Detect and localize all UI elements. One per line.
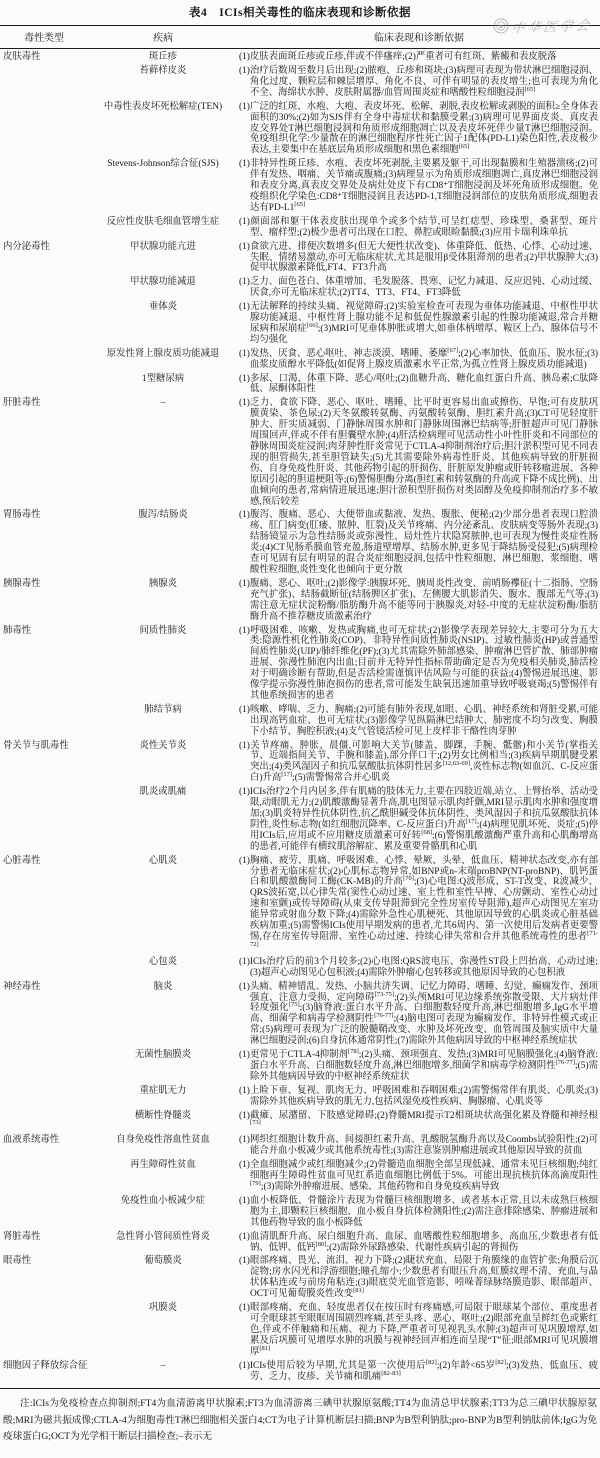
description-cell: (1)ICIs治疗2个月内居多,伴有肌痛的肢体无力,主要在四肢近端,站立、上臂抬… [238,787,600,852]
toxicity-type-cell: 肾脏毒性 [0,1232,88,1254]
toxicity-type-cell [0,957,88,979]
disease-cell: 自身免疫性溶血性贫血 [88,1135,238,1157]
toxicity-section: 神经毒性脑炎(1)头痛、精神错乱、发热、小脑共济失调、记忆力障碍、嗜睡、幻觉、癫… [0,981,600,1135]
table-row: 胃肠毒性腹泻/结肠炎(1)腹泻、腹痛、恶心、大便带血或黏液、发热、腹胀、便秘;(… [0,509,600,577]
table-row: 血液系统毒性自身免疫性溶血性贫血(1)网织红细胞计数升高、间接胆红素升高、乳酸脱… [0,1134,600,1159]
toxicity-type-cell: 眼毒性 [0,1256,88,1300]
description-cell: (1)ICIs使用后较为早期,尤其是第一次使用后[82];(2)年龄<65岁[8… [238,1361,600,1383]
table-row: 原发性肾上腺皮质功能减退(1)发热、厌食、恶心呕吐、神志淡漠、嗜睡、萎靡[67]… [0,348,600,373]
toxicity-section: 骨关节与肌毒性炎性关节炎(1)关节疼痛、肿胀、晨僵,可影响大关节(膝盖、脚踝、手… [0,740,600,855]
table-row: 胰腺毒性胰腺炎(1)腹痛、恶心、呕吐;(2)影像学:胰腺坏死、胰周炎性改变、前哨… [0,578,600,625]
toxicity-type-cell [0,66,88,99]
disease-cell: 急性肾小管间质性肾炎 [88,1232,238,1254]
table-row: 苔藓样皮炎(1)治疗后数周至数月后出现;(2)脓疱、丘疹和斑块;(3)病理可表现… [0,65,600,101]
disease-cell: 肌炎或肌痛 [88,787,238,852]
paper-table-page: 表4 ICIs相关毒性的临床表现和诊断依据 中华医学会 毒性类型 疾病 临床表现… [0,0,600,1458]
toxicity-type-cell [0,1303,88,1358]
toxicity-type-cell: 皮肤毒性 [0,52,88,63]
table-body: 皮肤毒性斑丘疹(1)皮肤表面斑丘疹或丘疹,伴或不伴瘙痒;(2)严重者可有红斑、紫… [0,49,600,1384]
table-row: 巩膜炎(1)眼部疼痛、充血、轻度患者仅在按压时有疼痛感,可局限于眼球某个部位、重… [0,1302,600,1360]
table-row: 1型糖尿病(1)多尿、口渴、体重下降、恶心/呕吐;(2)血糖升高、糖化血红蛋白升… [0,373,600,398]
description-cell: (1)眼部疼痛、充血、轻度患者仅在按压时有疼痛感,可局限于眼球某个部位、重度患者… [238,1303,600,1358]
description-cell: (1)上睑下垂、复视、肌肉无力、呼吸困难和吞咽困难;(2)需警惕常伴有肌炎、心肌… [238,1086,600,1108]
table-title: 表4 ICIs相关毒性的临床表现和诊断依据 [0,0,600,25]
table-row: 心脏毒性心肌炎(1)胸痛、疲劳、肌痛、呼吸困难、心悸、晕厥、头晕、低血压、精神状… [0,855,600,956]
description-cell: (1)咳嗽、哮喘、乏力、胸痛;(2)可能有肺外表现,如眼、心肌、神经系统和肾脏受… [238,705,600,738]
table-header-row: 毒性类型 疾病 临床表现和诊断依据 [0,26,600,49]
table-row: 肺结节病(1)咳嗽、哮喘、乏力、胸痛;(2)可能有肺外表现,如眼、心肌、神经系统… [0,704,600,740]
disease-cell: 心包炎 [88,957,238,979]
disease-cell: 原发性肾上腺皮质功能减退 [88,349,238,371]
description-cell: (1)血清肌酐升高、尿白细胞升高、血尿、血嗜酸性粒细胞增多、高血压,少数患者有低… [238,1232,600,1254]
table-row: 细胞因子释放综合征–(1)ICIs使用后较为早期,尤其是第一次使用后[82];(… [0,1360,600,1385]
toxicity-type-cell: 细胞因子释放综合征 [0,1361,88,1383]
disease-cell: 重症肌无力 [88,1086,238,1108]
description-cell: (1)非特异性斑丘疹、水疱、表皮坏死剥脱,主要累及躯干,可出现黏膜和生殖器溃疡;… [238,159,600,214]
toxicity-type-cell [0,277,88,299]
toxicity-type-cell [0,1111,88,1133]
toxicity-type-cell: 神经毒性 [0,982,88,1047]
disease-cell: 反应性皮肤毛细血管增生症 [88,217,238,239]
toxicity-type-cell [0,302,88,346]
toxicity-section: 眼毒性葡萄膜炎(1)眼部疼痛、畏光、流泪、视力下降;(2)睫状充血、局限于角膜缘… [0,1255,600,1359]
description-cell: (1)全血细胞减少或红细胞减少;(2)骨髓造血细胞全部呈现低减、通常未见巨核细胞… [238,1160,600,1193]
disease-cell: 巩膜炎 [88,1303,238,1358]
toxicity-section: 肾脏毒性急性肾小管间质性肾炎(1)血清肌酐升高、尿白细胞升高、血尿、血嗜酸性粒细… [0,1231,600,1256]
description-cell: (1)胸痛、疲劳、肌痛、呼吸困难、心悸、晕厥、头晕、低血压、精神状态改变,亦有部… [238,856,600,954]
toxicity-type-cell [0,1196,88,1229]
disease-cell: 间质性肺炎 [88,626,238,702]
disease-cell: 横断性脊髓炎 [88,1111,238,1133]
table-footnote: 注:ICIs为免疫检查点抑制剂;FT4为血清游离甲状腺素;FT3为血清游离三碘甲… [0,1388,600,1446]
description-cell: (1)乏力、食欲下降、恶心、呕吐、嗜睡、比平时更容易出血或擦伤、早饱;可有皮肤巩… [238,398,600,507]
description-cell: (1)头痛、精神错乱、发热、小脑共济失调、记忆力障碍、嗜睡、幻觉、癫痫发作、颈项… [238,982,600,1047]
table-row: 肺毒性间质性肺炎(1)呼吸困难、咳嗽、发热或胸痛,也可无症状;(2)影像学表现差… [0,625,600,704]
table-row: 眼毒性葡萄膜炎(1)眼部疼痛、畏光、流泪、视力下降;(2)睫状充血、局限于角膜缘… [0,1255,600,1302]
disease-cell: – [88,398,238,507]
toxicity-type-cell [0,349,88,371]
disease-cell: 再生障碍性贫血 [88,1160,238,1193]
description-cell: (1)皮肤表面斑丘疹或丘疹,伴或不伴瘙痒;(2)严重者可有红斑、紫癜和表皮脱落 [238,52,600,63]
toxicity-type-cell [0,787,88,852]
table-row: 反应性皮肤毛细血管增生症(1)颜面部和躯干体表皮肤出现单个或多个结节,可呈红痣型… [0,216,600,241]
table-row: 再生障碍性贫血(1)全血细胞减少或红细胞减少;(2)骨髓造血细胞全部呈现低减、通… [0,1159,600,1195]
toxicity-type-cell: 肝脏毒性 [0,398,88,507]
description-cell: (1)ICIs治疗后的前3个月较多;(2)心电图:QRS波电压、弥漫性ST段上凹… [238,957,600,979]
col-header-toxicity-type: 毒性类型 [0,29,88,44]
toxicity-type-cell: 胰腺毒性 [0,579,88,623]
description-cell: (1)眼部疼痛、畏光、流泪、视力下降;(2)睫状充血、局限于角膜缘的血管扩张;角… [238,1256,600,1300]
description-cell: (1)血小板降低、骨髓涂片表现为骨髓巨核细胞增多、或者基本正常,且以未成熟巨核细… [238,1196,600,1229]
disease-cell: 甲状腺功能亢进 [88,242,238,275]
disease-cell: – [88,1361,238,1383]
table-row: 免疫性血小板减少症(1)血小板降低、骨髓涂片表现为骨髓巨核细胞增多、或者基本正常… [0,1195,600,1231]
description-cell: (1)更常见于CTLA-4抑制剂[78];(2)头痛、颈项强直、发热;(3)MR… [238,1050,600,1083]
toxicity-section: 细胞因子释放综合征–(1)ICIs使用后较为早期,尤其是第一次使用后[82];(… [0,1360,600,1385]
table-row: 内分泌毒性甲状腺功能亢进(1)食欲亢进、排便次数增多(但无大便性状改变)、体重降… [0,241,600,277]
toxicity-type-cell: 血液系统毒性 [0,1135,88,1157]
col-header-disease: 疾病 [88,29,238,44]
table-row: 重症肌无力(1)上睑下垂、复视、肌肉无力、呼吸困难和吞咽困难;(2)需警惕常伴有… [0,1085,600,1110]
table-row: 中毒性表皮坏死松解症(TEN)(1)广泛的红斑、水疱、大疱、表皮坏死、松解、剥脱… [0,101,600,159]
description-cell: (1)腹泻、腹痛、恶心、大便带血或黏液、发热、腹胀、便秘;(2)少部分患者表现口… [238,510,600,575]
table-row: 骨关节与肌毒性炎性关节炎(1)关节疼痛、肿胀、晨僵,可影响大关节(膝盖、脚踝、手… [0,740,600,787]
toxicity-section: 心脏毒性心肌炎(1)胸痛、疲劳、肌痛、呼吸困难、心悸、晕厥、头晕、低血压、精神状… [0,855,600,981]
disease-cell: 垂体炎 [88,302,238,346]
toxicity-type-cell: 胃肠毒性 [0,510,88,575]
toxicity-type-cell [0,1050,88,1083]
disease-cell: 苔藓样皮炎 [88,66,238,99]
table-row: Stevens-Johnson综合征(SJS)(1)非特异性斑丘疹、水疱、表皮坏… [0,158,600,216]
table-row: 心包炎(1)ICIs治疗后的前3个月较多;(2)心电图:QRS波电压、弥漫性ST… [0,956,600,981]
disease-cell: 斑丘疹 [88,52,238,63]
toxicity-type-cell: 内分泌毒性 [0,242,88,275]
toxicity-type-cell [0,374,88,396]
disease-cell: 肺结节病 [88,705,238,738]
toxicity-type-cell [0,102,88,157]
toxicity-type-cell [0,705,88,738]
description-cell: (1)呼吸困难、咳嗽、发热或胸痛,也可无症状;(2)影像学表现差异较大,主要可分… [238,626,600,702]
table-row: 神经毒性脑炎(1)头痛、精神错乱、发热、小脑共济失调、记忆力障碍、嗜睡、幻觉、癫… [0,981,600,1049]
toxicity-section: 胰腺毒性胰腺炎(1)腹痛、恶心、呕吐;(2)影像学:胰腺坏死、胰周炎性改变、前哨… [0,578,600,625]
description-cell: (1)食欲亢进、排便次数增多(但无大便性状改变)、体重降低、低热、心悸、心动过速… [238,242,600,275]
toxicity-type-cell [0,1086,88,1108]
toxicity-type-cell: 骨关节与肌毒性 [0,741,88,785]
disease-cell: 1型糖尿病 [88,374,238,396]
disease-cell: 甲状腺功能减退 [88,277,238,299]
description-cell: (1)发热、厌食、恶心呕吐、神志淡漠、嗜睡、萎靡[67];(2)心率加快、低血压… [238,349,600,371]
disease-cell: 炎性关节炎 [88,741,238,785]
disease-cell: 脑炎 [88,982,238,1047]
toxicity-section: 内分泌毒性甲状腺功能亢进(1)食欲亢进、排便次数增多(但无大便性状改变)、体重降… [0,241,600,398]
description-cell: (1)多尿、口渴、体重下降、恶心/呕吐;(2)血糖升高、糖化血红蛋白升高、胰岛素… [238,374,600,396]
description-cell: (1)网织红细胞计数升高、间接胆红素升高、乳酸脱氢酶升高以及Coombs试验阳性… [238,1135,600,1157]
table-row: 肌炎或肌痛(1)ICIs治疗2个月内居多,伴有肌痛的肢体无力,主要在四肢近端,站… [0,786,600,854]
disease-cell: 心肌炎 [88,856,238,954]
disease-cell: Stevens-Johnson综合征(SJS) [88,159,238,214]
table-row: 甲状腺功能减退(1)乏力、面色苍白、体重增加、毛发脱落、畏寒、记忆力减退、反应迟… [0,276,600,301]
disease-cell: 免疫性血小板减少症 [88,1196,238,1229]
col-header-clinical-basis: 临床表现和诊断依据 [238,29,600,44]
toxicity-section: 肝脏毒性–(1)乏力、食欲下降、恶心、呕吐、嗜睡、比平时更容易出血或擦伤、早饱;… [0,397,600,509]
disease-cell: 腹泻/结肠炎 [88,510,238,575]
toxicity-section: 皮肤毒性斑丘疹(1)皮肤表面斑丘疹或丘疹,伴或不伴瘙痒;(2)严重者可有红斑、紫… [0,51,600,241]
table-row: 横断性脊髓炎(1)截瘫、尿潴留、下肢感觉障碍;(2)脊髓MRI提示T2相斑块状高… [0,1110,600,1135]
table-row: 肾脏毒性急性肾小管间质性肾炎(1)血清肌酐升高、尿白细胞升高、血尿、血嗜酸性粒细… [0,1231,600,1256]
description-cell: (1)乏力、面色苍白、体重增加、毛发脱落、畏寒、记忆力减退、反应迟钝、心动过缓、… [238,277,600,299]
description-cell: (1)无法解释的持续头痛、视觉障碍;(2)实验室检查可表现为垂体功能减退、中枢性… [238,302,600,346]
description-cell: (1)腹痛、恶心、呕吐;(2)影像学:胰腺坏死、胰周炎性改变、前哨肠襻征(十二指… [238,579,600,623]
table-row: 无菌性脑膜炎(1)更常见于CTLA-4抑制剂[78];(2)头痛、颈项强直、发热… [0,1049,600,1085]
disease-cell: 葡萄膜炎 [88,1256,238,1300]
toxicity-section: 胃肠毒性腹泻/结肠炎(1)腹泻、腹痛、恶心、大便带血或黏液、发热、腹胀、便秘;(… [0,509,600,577]
toxicity-type-cell: 肺毒性 [0,626,88,702]
description-cell: (1)截瘫、尿潴留、下肢感觉障碍;(2)脊髓MRI提示T2相斑块状高强化累及脊髓… [238,1111,600,1133]
description-cell: (1)关节疼痛、肿胀、晨僵,可影响大关节(膝盖、脚踝、手腕、骶髂)和小关节(掌指… [238,741,600,785]
toxicity-section: 肺毒性间质性肺炎(1)呼吸困难、咳嗽、发热或胸痛,也可无症状;(2)影像学表现差… [0,625,600,740]
table-row: 肝脏毒性–(1)乏力、食欲下降、恶心、呕吐、嗜睡、比平时更容易出血或擦伤、早饱;… [0,397,600,509]
description-cell: (1)颜面部和躯干体表皮肤出现单个或多个结节,可呈红痣型、珍珠型、桑葚型、斑片型… [238,217,600,239]
toxicity-type-cell [0,1160,88,1193]
description-cell: (1)治疗后数周至数月后出现;(2)脓疱、丘疹和斑块;(3)病理可表现为带状淋巴… [238,66,600,99]
toxicity-section: 血液系统毒性自身免疫性溶血性贫血(1)网织红细胞计数升高、间接胆红素升高、乳酸脱… [0,1134,600,1230]
toxicity-type-cell [0,217,88,239]
table-row: 垂体炎(1)无法解释的持续头痛、视觉障碍;(2)实验室检查可表现为垂体功能减退、… [0,301,600,348]
description-cell: (1)广泛的红斑、水疱、大疱、表皮坏死、松解、剥脱,表皮松解或剥脱的面积≥全身体… [238,102,600,157]
table-row: 皮肤毒性斑丘疹(1)皮肤表面斑丘疹或丘疹,伴或不伴瘙痒;(2)严重者可有红斑、紫… [0,51,600,65]
disease-cell: 胰腺炎 [88,579,238,623]
toxicity-type-cell: 心脏毒性 [0,856,88,954]
disease-cell: 中毒性表皮坏死松解症(TEN) [88,102,238,157]
disease-cell: 无菌性脑膜炎 [88,1050,238,1083]
toxicity-type-cell [0,159,88,214]
